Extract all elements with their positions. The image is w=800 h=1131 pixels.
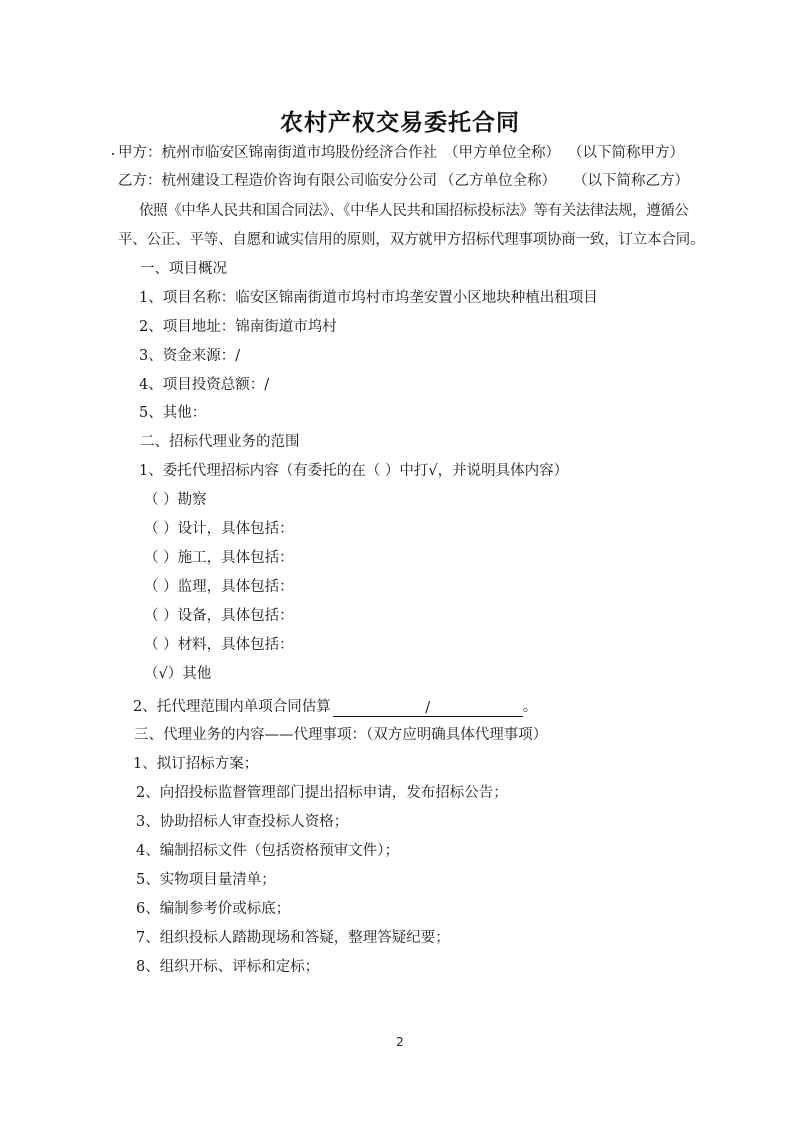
- section-1-item: 1、项目名称：临安区锦南街道市坞村市坞垄安置小区地块种植出租项目: [139, 288, 598, 308]
- section-1-item: 3、资金来源：/: [139, 346, 240, 366]
- checklist-label: 其他: [182, 666, 211, 682]
- section-1-item: 2、项目地址：锦南街道市坞村: [139, 317, 337, 337]
- party-a-line: 甲方：杭州市临安区锦南街道市坞股份经济合作社: [118, 143, 437, 163]
- section-3-item: 8、组织开标、评标和定标；: [136, 957, 319, 977]
- checkbox-mark: （ ）: [144, 608, 178, 624]
- section-2-item-1: 1、委托代理招标内容（有委托的在（ ）中打√，并说明具体内容）: [139, 461, 568, 481]
- checkbox-mark: （ ）: [144, 637, 178, 653]
- checklist-label: 设计，具体包括：: [178, 521, 294, 537]
- party-a-short-note: （以下简称甲方）: [568, 143, 684, 163]
- checklist-item-design: （ ）设计，具体包括：: [144, 519, 294, 539]
- section-1-item: 4、项目投资总额：/: [139, 375, 269, 395]
- section-2-heading: 二、招标代理业务的范围: [140, 432, 300, 452]
- section-3-item: 6、编制参考价或标底；: [136, 899, 290, 919]
- preamble-line-1: 依照《中华人民共和国合同法》、《中华人民共和国招标投标法》等有关法律法规，遵循公: [139, 201, 689, 221]
- section-2-item-2: 2、托代理范围内单项合同估算/。: [133, 697, 537, 717]
- checklist-item-materials: （ ）材料，具体包括：: [144, 635, 294, 655]
- section-3-item: 2、向招投标监督管理部门提出招标申请，发布招标公告；: [136, 783, 508, 803]
- party-b-full-name-note: （乙方单位全称）: [440, 171, 556, 191]
- checklist-label: 设备，具体包括：: [178, 608, 294, 624]
- page-number: 2: [0, 1035, 800, 1049]
- checkbox-mark: （ ）: [144, 521, 178, 537]
- section-1-item: 5、其他：: [139, 403, 206, 423]
- section-3-item: 1、拟订招标方案；: [133, 754, 258, 774]
- checklist-label: 勘察: [178, 492, 207, 508]
- checklist-label: 材料，具体包括：: [178, 637, 294, 653]
- section-3-item: 4、编制招标文件（包括资格预审文件）；: [136, 841, 399, 861]
- estimate-label: 2、托代理范围内单项合同估算: [133, 699, 331, 715]
- section-3-item: 7、组织投标人踏勘现场和答疑，整理答疑纪要；: [136, 928, 450, 948]
- scan-speck: [112, 153, 114, 155]
- checklist-label: 施工，具体包括：: [178, 550, 294, 566]
- document-title: 农村产权交易委托合同: [0, 104, 800, 137]
- section-3-heading: 三、代理业务的内容——代理事项：（双方应明确具体代理事项）: [134, 725, 547, 745]
- document-page: 农村产权交易委托合同 甲方：杭州市临安区锦南街道市坞股份经济合作社 （甲方单位全…: [0, 0, 800, 1131]
- checklist-item-other: （√）其他: [144, 664, 211, 684]
- checklist-item-supervision: （ ）监理，具体包括：: [144, 577, 294, 597]
- checklist-label: 监理，具体包括：: [178, 579, 294, 595]
- checklist-item-equipment: （ ）设备，具体包括：: [144, 606, 294, 626]
- section-1-heading: 一、项目概况: [140, 259, 227, 279]
- checkbox-mark: （ ）: [144, 492, 178, 508]
- section-3-item: 5、实物项目量清单；: [136, 870, 276, 890]
- party-b-line: 乙方：杭州建设工程造价咨询有限公司临安分公司: [118, 171, 437, 191]
- estimate-blank-field: /: [333, 698, 523, 717]
- preamble-line-2: 平、公正、平等、自愿和诚实信用的原则，双方就甲方招标代理事项协商一致，订立本合同…: [118, 230, 704, 250]
- party-a-full-name-note: （甲方单位全称）: [444, 143, 560, 163]
- checkbox-mark: （ ）: [144, 579, 178, 595]
- party-b-short-note: （以下简称乙方）: [573, 171, 689, 191]
- checklist-item-construction: （ ）施工，具体包括：: [144, 548, 294, 568]
- checkbox-mark: （ ）: [144, 550, 178, 566]
- checkbox-mark-checked: （√）: [144, 666, 182, 682]
- party-a-label: 甲方：杭州市临安区锦南街道市坞股份经济合作社: [118, 145, 437, 161]
- party-b-label: 乙方：杭州建设工程造价咨询有限公司临安分公司: [118, 173, 437, 189]
- checklist-item-survey: （ ）勘察: [144, 490, 207, 510]
- estimate-end-mark: 。: [523, 699, 538, 715]
- section-3-item: 3、协助招标人审查投标人资格；: [136, 812, 348, 832]
